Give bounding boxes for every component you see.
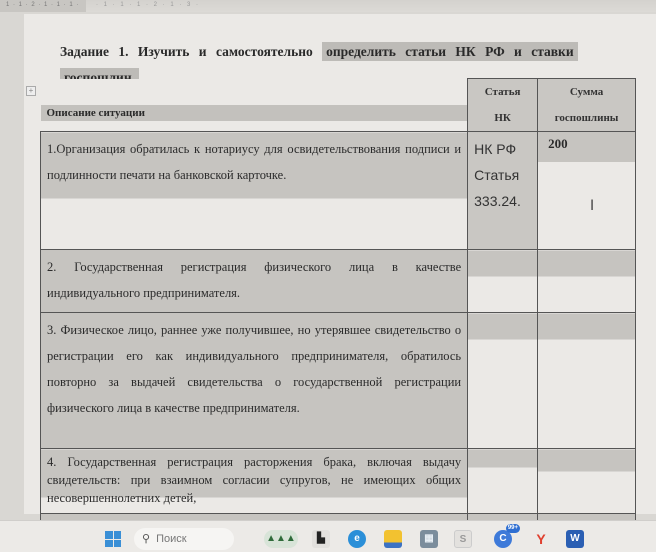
row-4-description[interactable]: 4. Государственная регистрация расторжен… xyxy=(41,449,468,514)
word-icon[interactable]: W xyxy=(566,530,584,548)
row-1-article[interactable]: НК РФ Статья 333.24. xyxy=(468,132,538,250)
messenger-icon[interactable]: C99+ xyxy=(494,530,512,548)
notification-badge: 99+ xyxy=(506,524,520,533)
row-4-sum[interactable] xyxy=(538,449,636,514)
row-4-article[interactable] xyxy=(468,449,538,514)
yandex-browser-icon[interactable]: Y xyxy=(532,530,550,548)
calculator-icon[interactable]: ▦ xyxy=(420,530,438,548)
start-button-windows-icon[interactable] xyxy=(105,531,121,547)
app-s-icon[interactable]: S xyxy=(454,530,472,548)
row-3-sum[interactable] xyxy=(538,313,636,449)
taskbar-search-input[interactable]: ⚲Поиск xyxy=(134,528,234,550)
row-1-description[interactable]: 1.Организация обратилась к нотариусу для… xyxy=(41,132,468,250)
search-icon: ⚲ xyxy=(142,533,150,545)
task-title-line-1: Задание 1. Изучить и самостоятельно опре… xyxy=(60,44,578,60)
ruler: 1 · 1 · 2 · 1 · 1 · 1 · · 1 · 1 · 1 · 2 … xyxy=(0,0,656,12)
task-view-icon[interactable]: ▙ xyxy=(312,530,330,548)
row-3-article[interactable] xyxy=(468,313,538,449)
header-sum[interactable]: Сумма госпошлины xyxy=(538,79,636,132)
task-title-text: Задание 1. Изучить и самостоятельно xyxy=(60,44,322,59)
table-move-handle-icon[interactable]: + xyxy=(26,86,36,96)
tax-table: Описание ситуации Статья НК Сумма госпош… xyxy=(40,78,636,545)
text-cursor-icon: I xyxy=(590,198,594,214)
file-explorer-icon[interactable] xyxy=(384,530,402,548)
edge-browser-icon[interactable]: e xyxy=(348,530,366,548)
taskbar: ⚲Поиск ▲▲▲ ▙ e ▦ S C99+ Y W xyxy=(0,520,656,552)
row-2-sum[interactable] xyxy=(538,250,636,313)
widgets-icon[interactable]: ▲▲▲ xyxy=(264,530,298,548)
table-row: 4. Государственная регистрация расторжен… xyxy=(41,449,636,514)
task-title-highlight: определить статьи НК РФ и ставки xyxy=(322,42,577,61)
header-article[interactable]: Статья НК xyxy=(468,79,538,132)
table-row: 3. Физическое лицо, раннее уже получивше… xyxy=(41,313,636,449)
row-1-sum[interactable]: 200 xyxy=(538,132,636,250)
header-description[interactable]: Описание ситуации xyxy=(41,79,468,132)
table-row: 2. Государственная регистрация физическо… xyxy=(41,250,636,313)
ruler-margin: 1 · 1 · 2 · 1 · 1 · 1 · xyxy=(0,0,86,12)
ruler-scale[interactable]: · 1 · 1 · 1 · 2 · 1 · 3 · xyxy=(86,0,656,12)
table-header-row: Описание ситуации Статья НК Сумма госпош… xyxy=(41,79,636,132)
row-2-article[interactable] xyxy=(468,250,538,313)
table-row: 1.Организация обратилась к нотариусу для… xyxy=(41,132,636,250)
row-2-description[interactable]: 2. Государственная регистрация физическо… xyxy=(41,250,468,313)
document-page[interactable]: Задание 1. Изучить и самостоятельно опре… xyxy=(24,14,656,514)
row-3-description[interactable]: 3. Физическое лицо, раннее уже получивше… xyxy=(41,313,468,449)
